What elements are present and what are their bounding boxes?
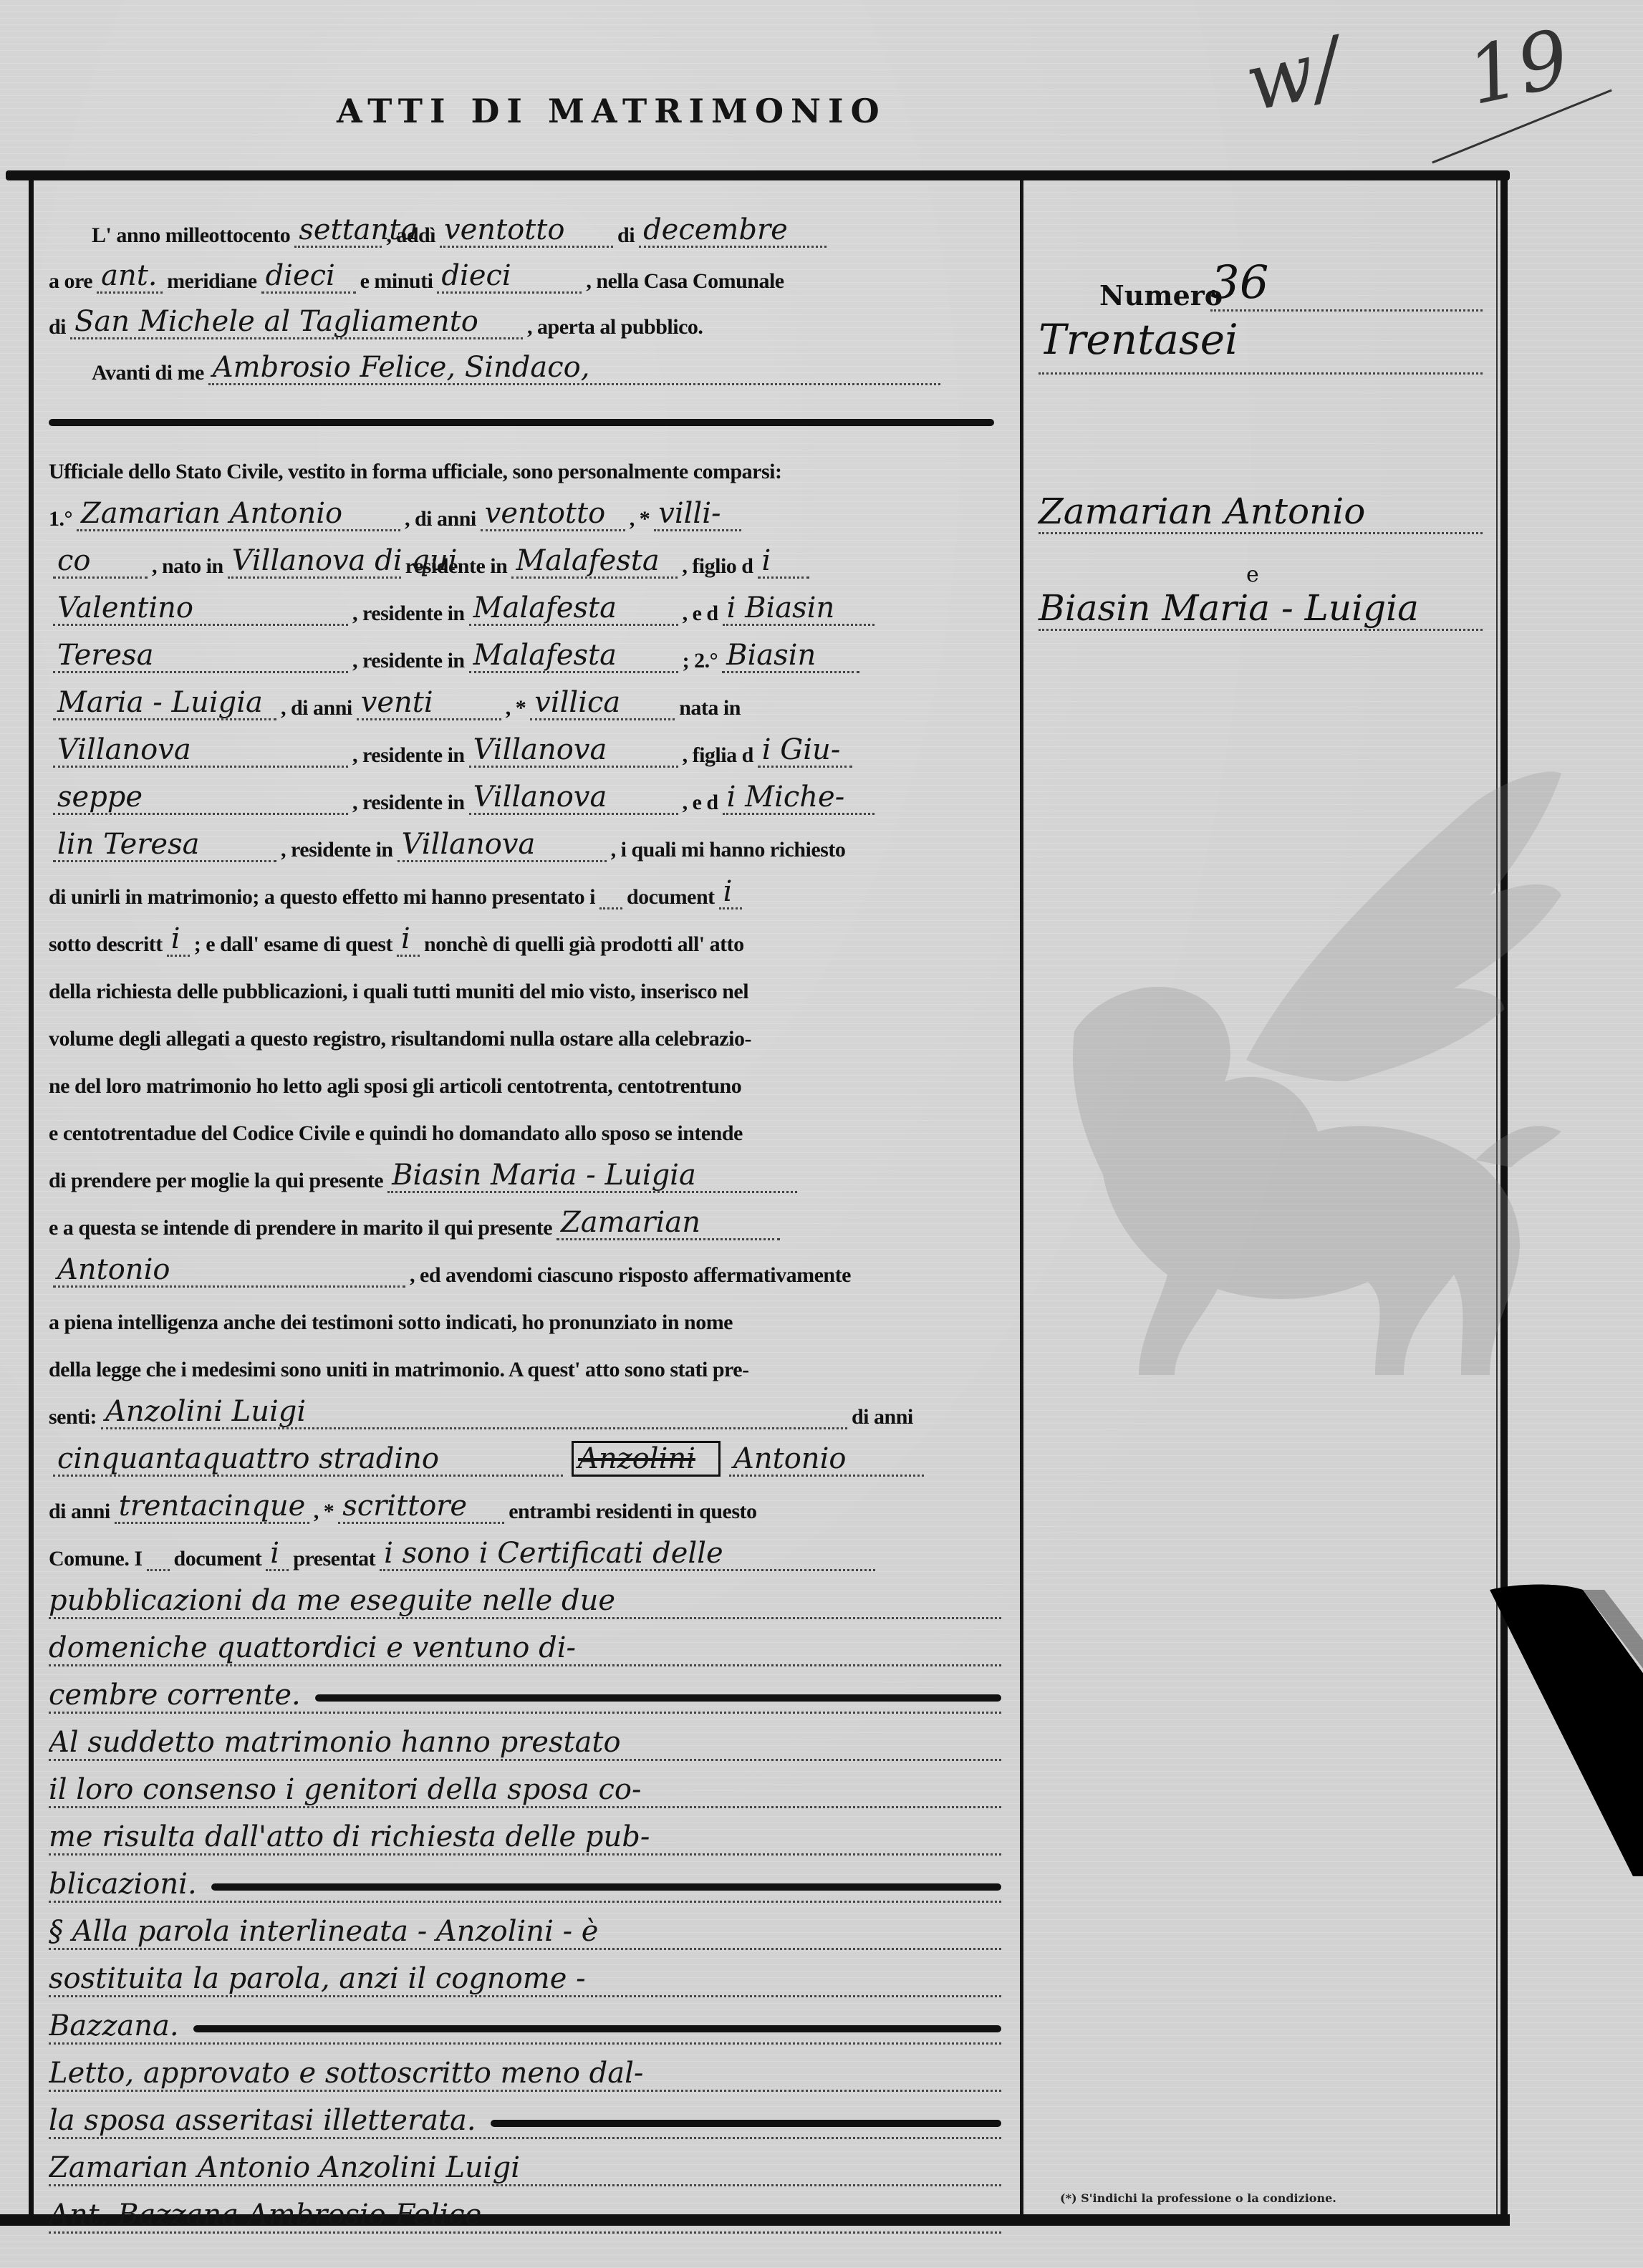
spouse-1-name: Zamarian Antonio bbox=[1039, 491, 1483, 534]
act-line-8: Valentino , residente in Malafesta , e d… bbox=[49, 579, 1001, 626]
act-line-6: 1.° Zamarian Antonio , di anni ventotto … bbox=[49, 484, 1001, 531]
officiant-field: Ambrosio Felice, Sindaco, bbox=[208, 352, 940, 385]
act-line-4: Avanti di me Ambrosio Felice, Sindaco, bbox=[49, 338, 1001, 385]
section-separator bbox=[49, 419, 994, 426]
annotation-line: blicazioni. bbox=[49, 1856, 1001, 1903]
annotation-text: § Alla parola interlineata - Anzolini - … bbox=[49, 1915, 598, 1948]
act-line-26: cinquantaquattro stradino Anzolini Anton… bbox=[49, 1429, 1001, 1477]
printed-text: presentat bbox=[293, 1547, 375, 1571]
annotation-line: me risulta dall'atto di richiesta delle … bbox=[49, 1809, 1001, 1856]
page-title: ATTI DI MATRIMONIO bbox=[337, 92, 1196, 130]
printed-text: document bbox=[174, 1547, 262, 1571]
groom-mother-name-field: i Biasin bbox=[723, 592, 874, 626]
bride-father-name-field: seppe bbox=[53, 781, 348, 815]
numero-words: Trentasei bbox=[1039, 315, 1483, 375]
printed-text: , residente in bbox=[352, 649, 465, 673]
footnote: (*) S'indichi la professione o la condiz… bbox=[1060, 2191, 1336, 2205]
annotation-text: Bazzana. bbox=[49, 2009, 179, 2042]
annotation-text: Al suddetto matrimonio hanno prestato bbox=[49, 1726, 621, 1759]
groom-age-field: ventotto bbox=[481, 498, 625, 531]
line-filler-stroke bbox=[315, 1694, 1001, 1702]
plural-suffix-field: i bbox=[167, 923, 190, 957]
bride-profession-field: villica bbox=[530, 687, 675, 720]
groom-profession-field: villi- bbox=[654, 498, 741, 531]
annotation-text: la sposa asseritasi illetterata. bbox=[49, 2104, 476, 2137]
bride-residence-field: Villanova bbox=[469, 734, 678, 768]
annotation-line: domeniche quattordici e ventuno di- bbox=[49, 1620, 1001, 1666]
act-line-21: e a questa se intende di prendere in mar… bbox=[49, 1193, 1001, 1240]
act-line-7: co , nato in Villanova di qui residente … bbox=[49, 531, 1001, 579]
printed-text: a piena intelligenza anche dei testimoni… bbox=[49, 1311, 733, 1335]
numero-label: Numero bbox=[1099, 279, 1223, 312]
plural-suffix-field: i bbox=[719, 876, 742, 909]
witness-2-profession-field: scrittore bbox=[338, 1490, 504, 1524]
column-divider bbox=[1020, 180, 1023, 2221]
printed-text: , residente in bbox=[352, 602, 465, 626]
printed-text: Ufficiale dello Stato Civile, vestito in… bbox=[49, 460, 782, 484]
blank-field bbox=[147, 1569, 170, 1571]
year-field: settanta bbox=[294, 214, 382, 248]
act-line-1: L' anno milleottocento settanta , addì v… bbox=[49, 201, 1001, 248]
frame-right-inner-border bbox=[1496, 180, 1498, 2221]
minutes-field: dieci bbox=[437, 260, 582, 294]
bride-father-residence-field: Villanova bbox=[469, 781, 678, 815]
printed-text: , aperta al pubblico. bbox=[527, 315, 703, 339]
municipality-field: San Michele al Tagliamento bbox=[70, 306, 523, 339]
annotation-line: sostituita la parola, anzi il cognome - bbox=[49, 1951, 1001, 1997]
frame-left-border bbox=[29, 180, 34, 2221]
annotation-line: Bazzana. bbox=[49, 1998, 1001, 2045]
act-line-23: a piena intelligenza anche dei testimoni… bbox=[49, 1288, 1001, 1335]
act-line-9: Teresa , residente in Malafesta ; 2.° Bi… bbox=[49, 626, 1001, 673]
act-line-25: senti: Anzolini Luigi di anni bbox=[49, 1382, 1001, 1429]
margin-note-folio-left: w/ bbox=[1238, 20, 1349, 129]
printed-text: della richiesta delle pubblicazioni, i q… bbox=[49, 980, 748, 1004]
witness-2-age-field: trentacinque bbox=[115, 1490, 309, 1524]
witness-1-name-field: Anzolini Luigi bbox=[101, 1396, 847, 1429]
printed-text: e minuti bbox=[360, 269, 433, 294]
line-filler-stroke bbox=[193, 2025, 1001, 2032]
annotation-text: domeniche quattordici e ventuno di- bbox=[49, 1631, 576, 1664]
printed-text: ; e dall' esame di quest bbox=[194, 932, 392, 957]
printed-text: e centotrentadue del Codice Civile e qui… bbox=[49, 1121, 743, 1146]
groom-birthplace-field: Villanova di qui bbox=[228, 545, 401, 579]
act-line-18: ne del loro matrimonio ho letto agli spo… bbox=[49, 1051, 1001, 1099]
printed-text: di bbox=[49, 315, 66, 339]
spouse-2-name: Biasin Maria - Luigia bbox=[1039, 587, 1483, 631]
printed-text: , nato in bbox=[152, 554, 223, 579]
printed-text: entrambi residenti in questo bbox=[509, 1500, 756, 1524]
printed-text: , di anni bbox=[281, 696, 352, 720]
printed-text: di prendere per moglie la qui presente bbox=[49, 1169, 383, 1193]
printed-text: , ed avendomi ciascuno risposto affermat… bbox=[410, 1263, 851, 1288]
annotation-text: me risulta dall'atto di richiesta delle … bbox=[49, 1820, 650, 1853]
annotation-text: Letto, approvato e sottoscritto meno dal… bbox=[49, 2057, 643, 2090]
groom-father-residence-field: Malafesta bbox=[469, 592, 678, 626]
act-line-19: e centotrentadue del Codice Civile e qui… bbox=[49, 1099, 1001, 1146]
act-line-5: Ufficiale dello Stato Civile, vestito in… bbox=[49, 437, 1001, 484]
printed-text: , figlio d bbox=[682, 554, 753, 579]
groom-residence-field: Malafesta bbox=[511, 545, 678, 579]
act-line-27: di anni trentacinque , * scrittore entra… bbox=[49, 1477, 1001, 1524]
printed-text: L' anno milleottocento bbox=[92, 223, 290, 248]
annotation-text: sostituita la parola, anzi il cognome - bbox=[49, 1962, 586, 1995]
printed-text: , i quali mi hanno richiesto bbox=[611, 838, 846, 862]
printed-text: , e d bbox=[683, 791, 718, 815]
witness-2-name-field: Antonio bbox=[729, 1443, 924, 1477]
plural-suffix-field: i bbox=[266, 1538, 289, 1571]
bride-name-cont: Maria - Luigia bbox=[53, 687, 276, 720]
printed-text: di unirli in matrimonio; a questo effett… bbox=[49, 885, 595, 909]
printed-text: nata in bbox=[679, 696, 741, 720]
printed-text: di anni bbox=[49, 1500, 110, 1524]
groom-name-field: Zamarian Antonio bbox=[77, 498, 400, 531]
annotation-text: il loro consenso i genitori della sposa … bbox=[49, 1773, 641, 1806]
annotation-line: cembre corrente. bbox=[49, 1667, 1001, 1714]
printed-text: e a questa se intende di prendere in mar… bbox=[49, 1216, 552, 1240]
printed-text: , residente in bbox=[352, 791, 465, 815]
act-line-12: seppe , residente in Villanova , e d i M… bbox=[49, 768, 1001, 815]
groom-name-declaration-cont: Antonio bbox=[53, 1254, 405, 1288]
printed-text: , nella Casa Comunale bbox=[586, 269, 784, 294]
plural-suffix-field: i bbox=[397, 923, 420, 957]
frame-right-border bbox=[1500, 175, 1508, 2224]
annotation-line: la sposa asseritasi illetterata. bbox=[49, 2093, 1001, 2139]
printed-text: meridiane bbox=[167, 269, 256, 294]
printed-text: della legge che i medesimi sono uniti in… bbox=[49, 1358, 749, 1382]
page-clip-shadow-icon bbox=[1418, 1575, 1643, 1876]
printed-text: Avanti di me bbox=[92, 361, 204, 385]
printed-text: Comune. I bbox=[49, 1547, 143, 1571]
act-line-2: a ore ant. meridiane dieci e minuti diec… bbox=[49, 246, 1001, 294]
printed-text: , * bbox=[314, 1500, 334, 1524]
groom-profession-cont: co bbox=[53, 545, 148, 579]
act-line-3: di San Michele al Tagliamento , aperta a… bbox=[49, 292, 1001, 339]
act-line-14: di unirli in matrimonio; a questo effett… bbox=[49, 862, 1001, 909]
printed-text: , * bbox=[630, 507, 650, 531]
bride-father-prefix: i Giu- bbox=[758, 734, 852, 768]
printed-text: , residente in bbox=[281, 838, 393, 862]
bride-name-declaration-field: Biasin Maria - Luigia bbox=[387, 1159, 797, 1193]
act-line-10: Maria - Luigia , di anni venti , * villi… bbox=[49, 673, 1001, 720]
act-line-16: della richiesta delle pubblicazioni, i q… bbox=[49, 957, 1001, 1004]
annotation-line: Al suddetto matrimonio hanno prestato bbox=[49, 1714, 1001, 1761]
winged-lion-watermark-icon bbox=[1031, 759, 1576, 1404]
act-line-13: lin Teresa , residente in Villanova , i … bbox=[49, 815, 1001, 862]
annotation-text: blicazioni. bbox=[49, 1868, 197, 1901]
signatures-witness-officiant: Ant. Bazzana Ambrosio Felice bbox=[49, 2199, 481, 2231]
printed-text: , residente in bbox=[352, 743, 465, 768]
printed-text: ne del loro matrimonio ho letto agli spo… bbox=[49, 1074, 741, 1099]
groom-father-name-field: Valentino bbox=[53, 592, 348, 626]
groom-mother-residence-field: Malafesta bbox=[469, 640, 678, 673]
printed-text: ; 2.° bbox=[683, 649, 718, 673]
act-line-15: sotto descritt i ; e dall' esame di ques… bbox=[49, 909, 1001, 957]
act-line-20: di prendere per moglie la qui presente B… bbox=[49, 1146, 1001, 1193]
printed-text: volume degli allegati a questo registro,… bbox=[49, 1027, 751, 1051]
act-line-11: Villanova , residente in Villanova , fig… bbox=[49, 720, 1001, 768]
top-rule bbox=[6, 170, 1510, 180]
printed-text: , figlia d bbox=[683, 743, 753, 768]
hour-field: dieci bbox=[261, 260, 356, 294]
printed-text: , * bbox=[506, 696, 526, 720]
documents-field: i sono i Certificati delle bbox=[380, 1538, 875, 1571]
groom-mother-name-cont: Teresa bbox=[53, 640, 348, 673]
printed-text: residente in bbox=[405, 554, 508, 579]
printed-text: sotto descritt bbox=[49, 932, 163, 957]
printed-text: a ore bbox=[49, 269, 92, 294]
annotation-line: il loro consenso i genitori della sposa … bbox=[49, 1762, 1001, 1808]
act-line-17: volume degli allegati a questo registro,… bbox=[49, 1004, 1001, 1051]
annotation-text: pubblicazioni da me eseguite nelle due bbox=[49, 1584, 615, 1617]
signature-line: Ant. Bazzana Ambrosio Felice bbox=[49, 2187, 1001, 2234]
printed-text: , addì bbox=[386, 223, 435, 248]
margin-note-folio-number: 19 bbox=[1460, 12, 1577, 122]
line-filler-stroke bbox=[211, 1883, 1001, 1891]
signatures-spouse-witness: Zamarian Antonio Anzolini Luigi bbox=[49, 2151, 520, 2184]
ante-meridian-field: ant. bbox=[97, 260, 163, 294]
bride-birthplace-field: Villanova bbox=[53, 734, 348, 768]
bride-age-field: venti bbox=[357, 687, 501, 720]
printed-text: nonchè di quelli già prodotti all' atto bbox=[424, 932, 744, 957]
annotation-line: pubblicazioni da me eseguite nelle due bbox=[49, 1573, 1001, 1619]
printed-text: 1.° bbox=[49, 507, 72, 531]
month-field: decembre bbox=[639, 214, 827, 248]
signature-line: Zamarian Antonio Anzolini Luigi bbox=[49, 2140, 1001, 2186]
bride-mother-residence-field: Villanova bbox=[397, 829, 607, 862]
printed-text: document bbox=[627, 885, 715, 909]
printed-text: , di anni bbox=[405, 507, 476, 531]
annotation-line: Letto, approvato e sottoscritto meno dal… bbox=[49, 2045, 1001, 2092]
printed-text: , e d bbox=[683, 602, 718, 626]
numero-value: 36 bbox=[1210, 256, 1483, 312]
annotation-line: § Alla parola interlineata - Anzolini - … bbox=[49, 1903, 1001, 1950]
groom-name-declaration-field: Zamarian bbox=[556, 1207, 780, 1240]
struck-word-boxed: Anzolini bbox=[572, 1441, 721, 1477]
bride-mother-name-cont: lin Teresa bbox=[53, 829, 276, 862]
annotation-text: cembre corrente. bbox=[49, 1679, 301, 1712]
bride-name-field: Biasin bbox=[722, 640, 859, 673]
act-line-22: Antonio , ed avendomi ciascuno risposto … bbox=[49, 1240, 1001, 1288]
witness-1-age-profession-field: cinquantaquattro stradino bbox=[53, 1443, 563, 1477]
printed-text: di bbox=[617, 223, 635, 248]
day-field: ventotto bbox=[440, 214, 613, 248]
act-line-24: della legge che i medesimi sono uniti in… bbox=[49, 1335, 1001, 1382]
conjunction: e bbox=[1246, 562, 1259, 587]
line-filler-stroke bbox=[491, 2120, 1001, 2127]
groom-father-prefix: i bbox=[758, 545, 809, 579]
printed-text: di anni bbox=[852, 1405, 913, 1429]
bride-mother-name-field: i Miche- bbox=[723, 781, 874, 815]
act-line-28: Comune. I document i presentat i sono i … bbox=[49, 1524, 1001, 1571]
printed-text: senti: bbox=[49, 1405, 97, 1429]
